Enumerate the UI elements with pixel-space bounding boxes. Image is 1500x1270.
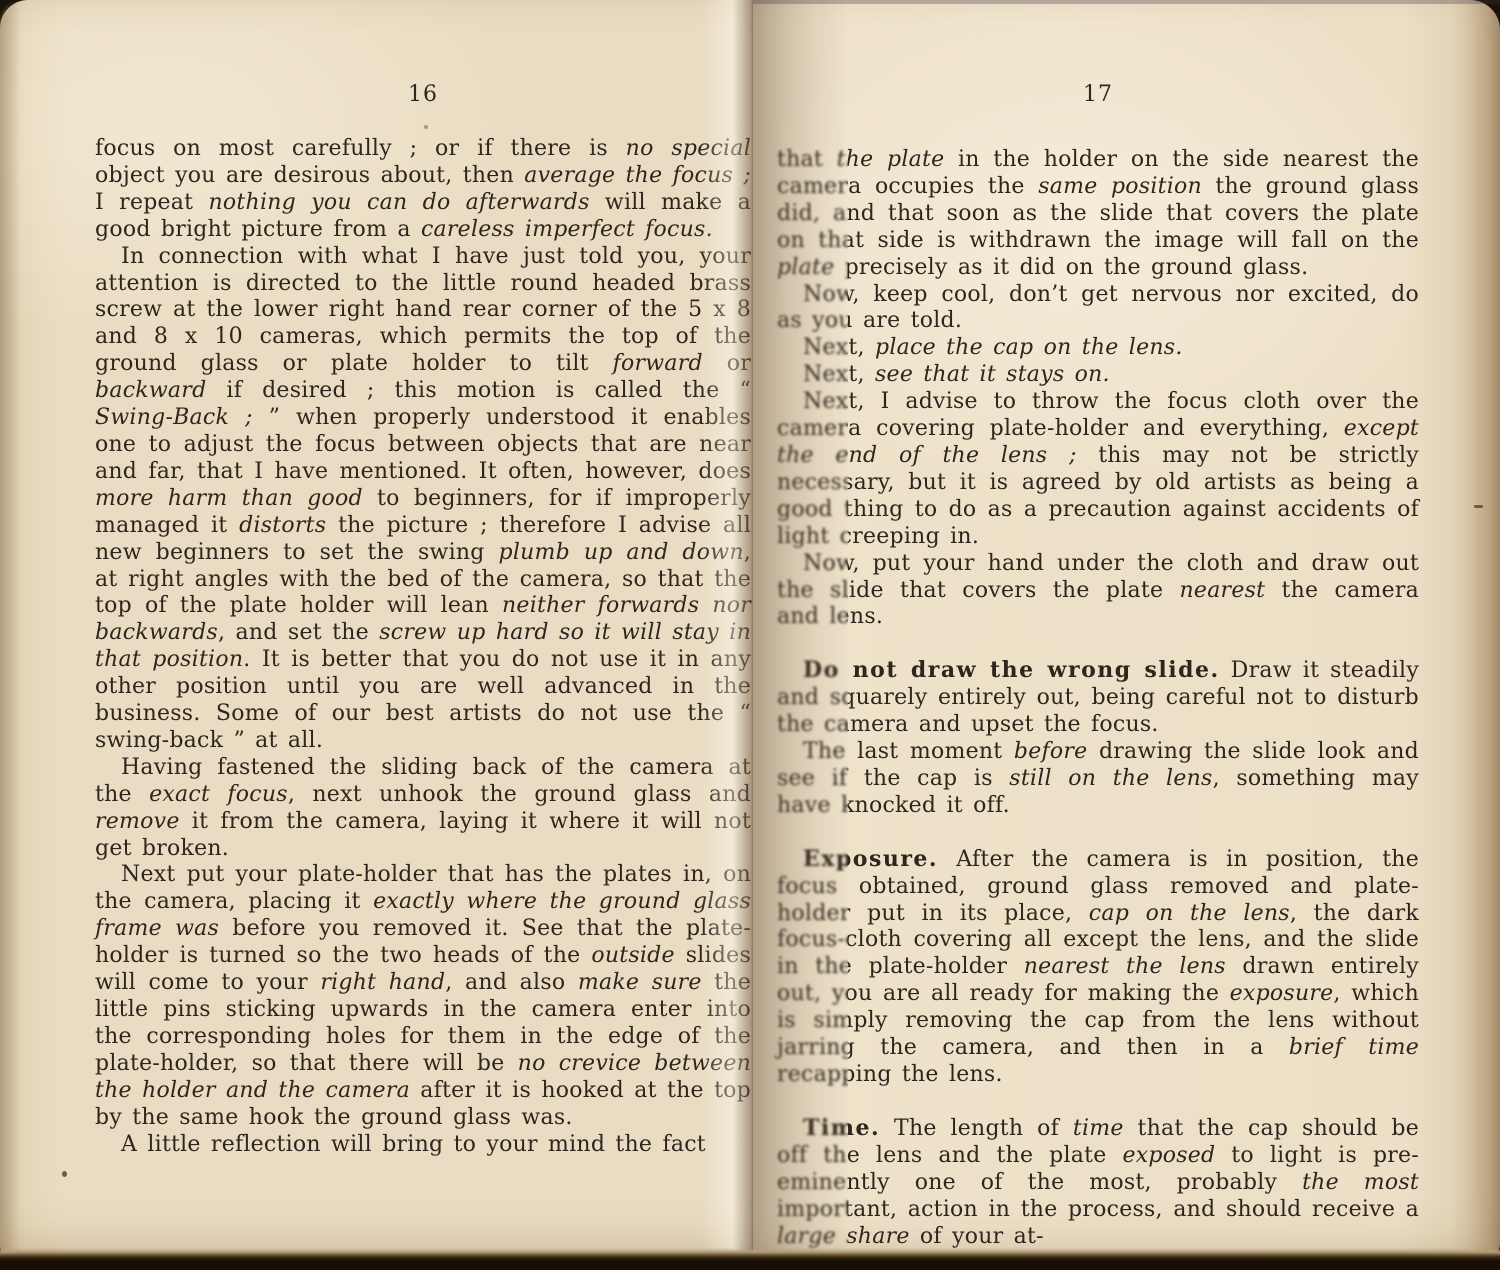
left-page-text: focus on most carefully ; or if there is… bbox=[95, 136, 751, 1158]
paragraph: Exposure. After the camera is in positio… bbox=[777, 846, 1419, 1089]
paragraph: Next, place the cap on the lens. bbox=[777, 335, 1419, 362]
paragraph: The last moment before drawing the slide… bbox=[777, 739, 1419, 820]
book-spread: 16 focus on most carefully ; or if there… bbox=[0, 0, 1500, 1270]
paper-speck bbox=[424, 125, 428, 129]
paragraph: Next, see that it stays on. bbox=[777, 362, 1419, 389]
paragraph: Do not draw the wrong slide. Draw it ste… bbox=[777, 657, 1419, 739]
margin-mark bbox=[1474, 505, 1483, 508]
paragraph: Next put your plate-holder that has the … bbox=[95, 862, 751, 1131]
paragraph: Time. The length of time that the cap sh… bbox=[777, 1115, 1419, 1251]
paragraph: In connection with what I have just told… bbox=[95, 244, 751, 755]
paper-speck bbox=[62, 1171, 67, 1177]
paragraph: Next, I advise to throw the focus cloth … bbox=[777, 389, 1419, 550]
right-page-text: that the plate in the holder on the side… bbox=[777, 147, 1419, 1250]
right-page-number: 17 bbox=[777, 82, 1419, 107]
right-page: 17 that the plate in the holder on the s… bbox=[753, 0, 1500, 1256]
left-page-number: 16 bbox=[95, 82, 751, 107]
paragraph: Now, put your hand under the cloth and d… bbox=[777, 551, 1419, 632]
left-page: 16 focus on most carefully ; or if there… bbox=[0, 0, 753, 1256]
bottom-edge bbox=[0, 1248, 1500, 1270]
scan-top-sliver bbox=[753, 0, 1500, 4]
paragraph: Now, keep cool, don’t get nervous nor ex… bbox=[777, 282, 1419, 336]
paragraph: that the plate in the holder on the side… bbox=[777, 147, 1419, 282]
paragraph: Having fastened the sliding back of the … bbox=[95, 755, 751, 863]
paragraph: focus on most carefully ; or if there is… bbox=[95, 136, 751, 244]
paragraph: A little reflection will bring to your m… bbox=[95, 1132, 751, 1159]
